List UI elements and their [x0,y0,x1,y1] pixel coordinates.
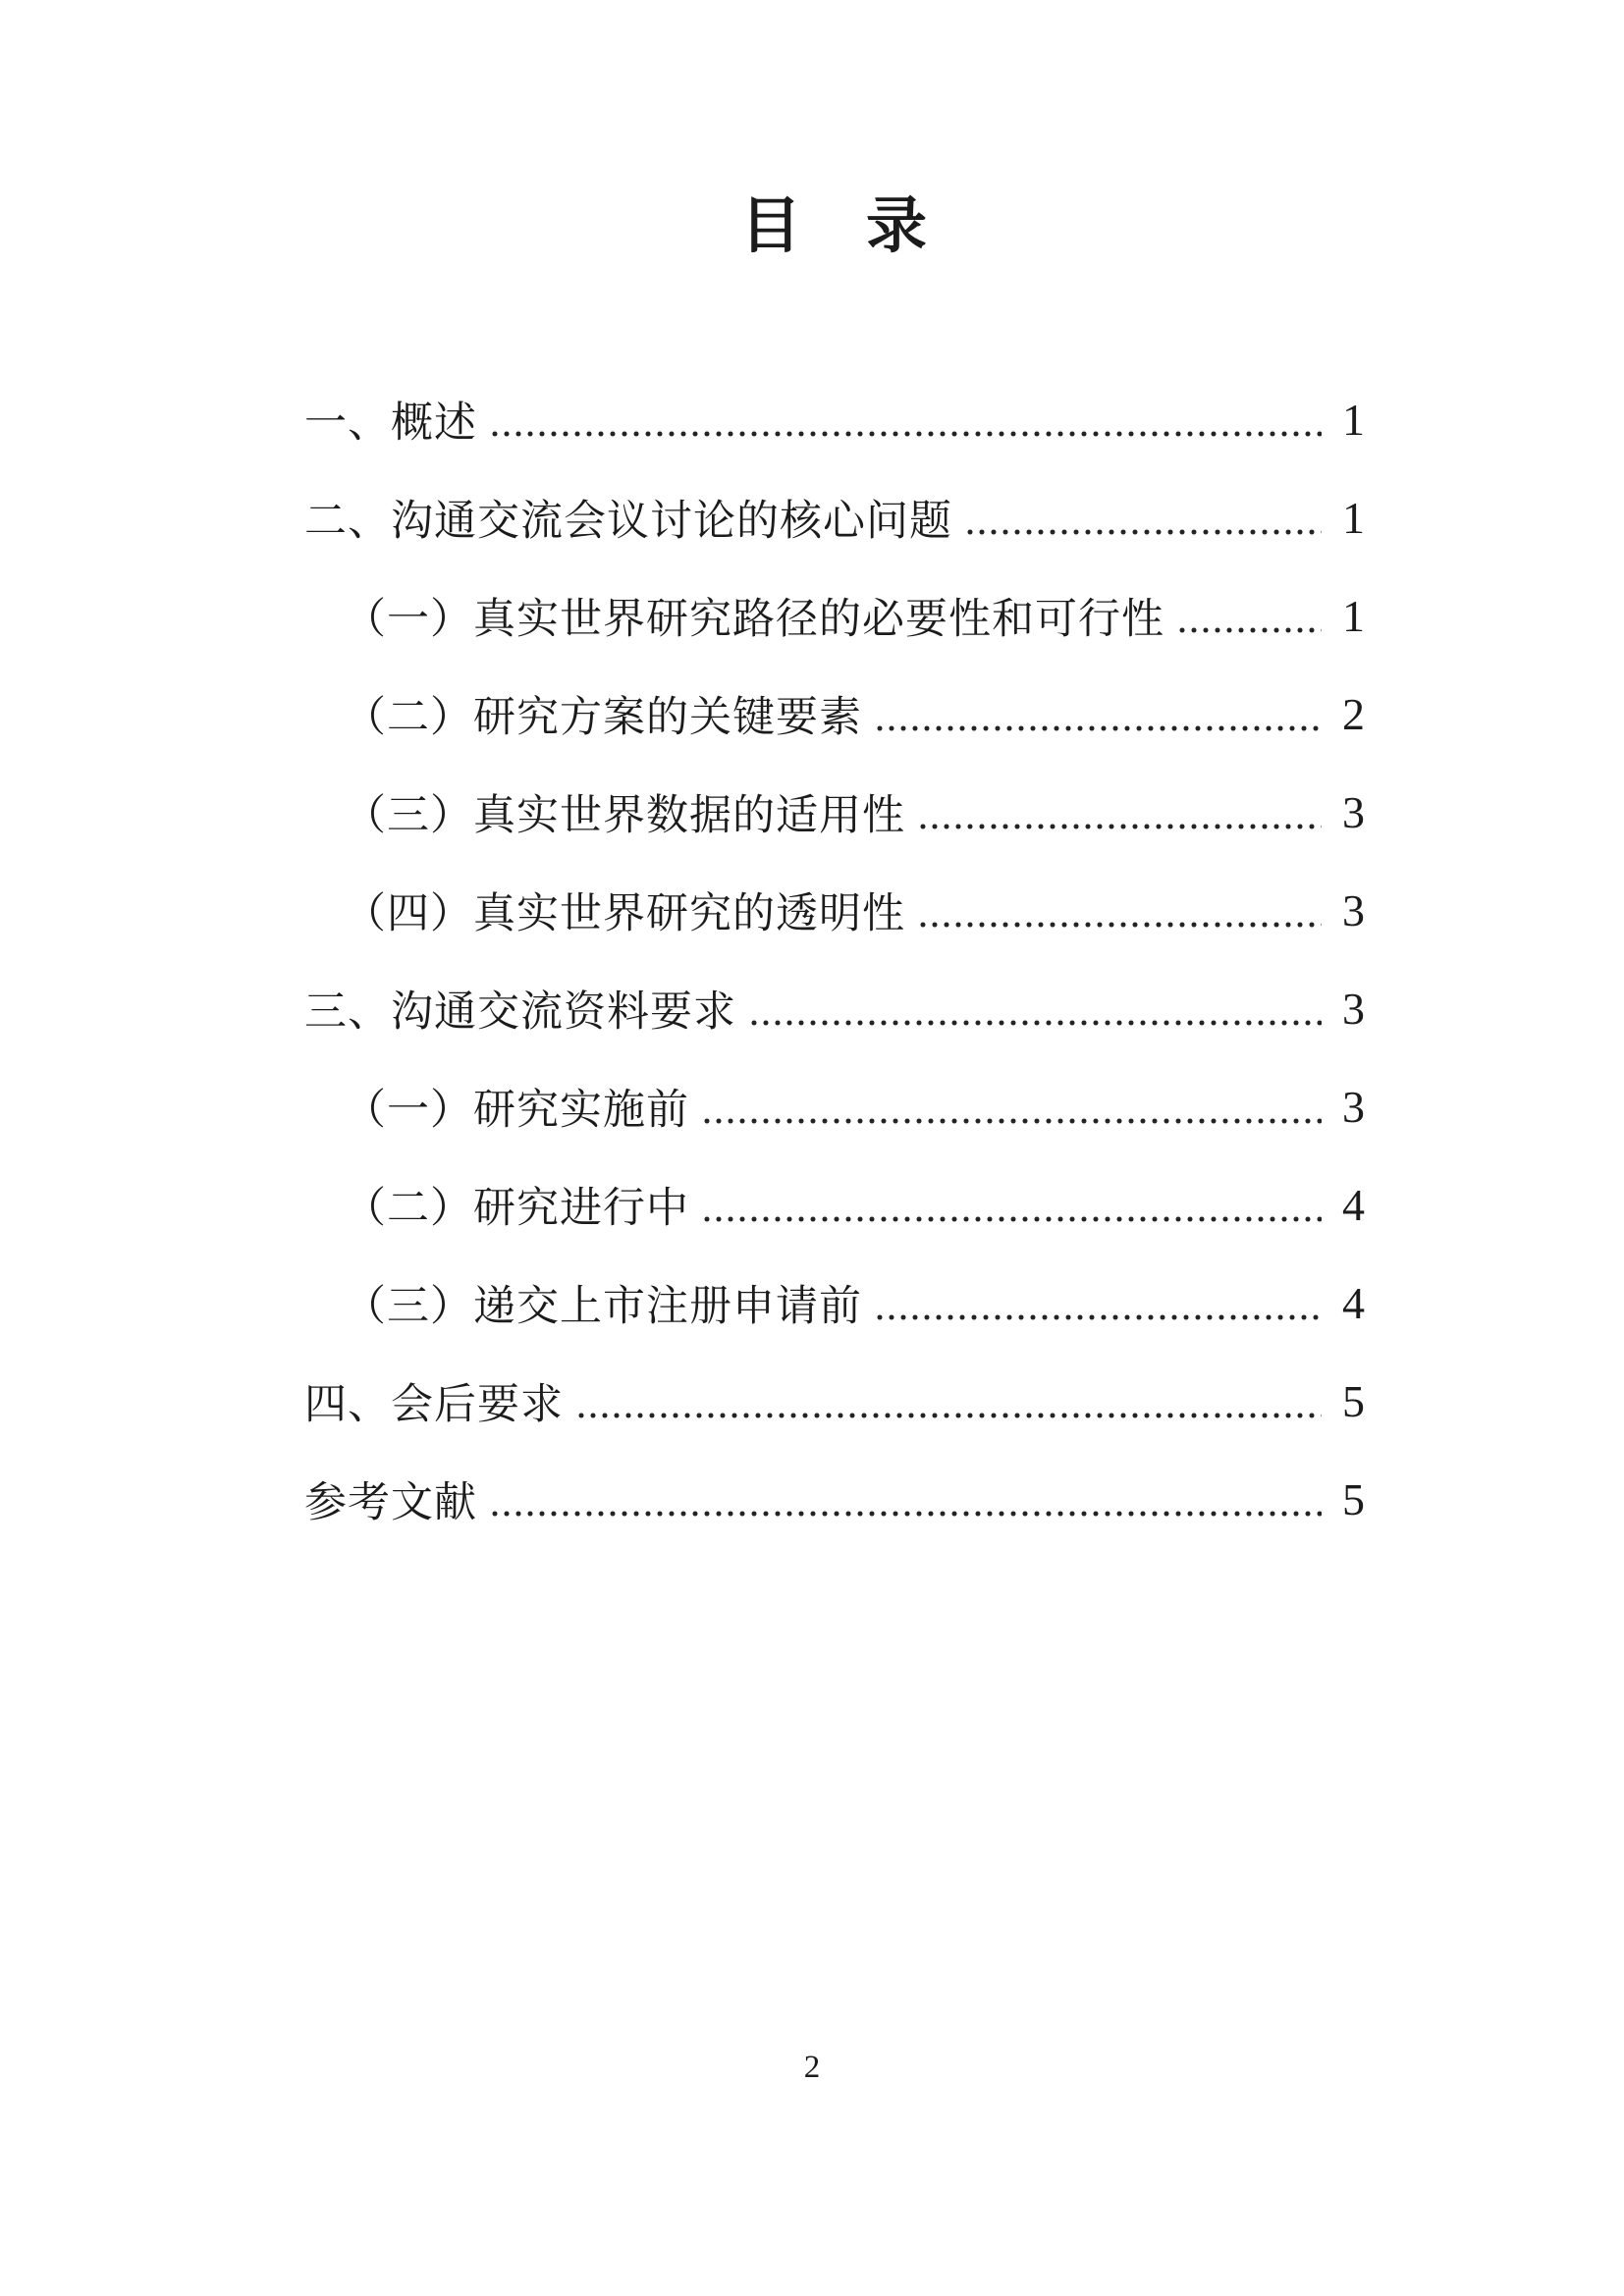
toc-entry: （二）研究方案的关键要素2 [304,665,1365,763]
table-of-contents: 一、概述1二、沟通交流会议讨论的核心问题1（一）真实世界研究路径的必要性和可行性… [304,370,1365,1548]
toc-entry-label: （三）真实世界数据的适用性 [344,782,905,842]
toc-entry-page: 3 [1333,786,1365,838]
toc-entry-label: （一）真实世界研究路径的必要性和可行性 [344,586,1164,646]
toc-entry-page: 4 [1333,1179,1365,1231]
toc-entry: （三）真实世界数据的适用性3 [304,763,1365,861]
toc-entry: （三）递交上市注册申请前4 [304,1254,1365,1352]
toc-entry-page: 3 [1333,983,1365,1035]
toc-entry-page: 5 [1333,1473,1365,1525]
toc-entry-page: 5 [1333,1375,1365,1427]
dot-leader [874,1282,1322,1323]
toc-entry: （二）研究进行中4 [304,1155,1365,1254]
toc-entry-label: 四、会后要求 [304,1371,564,1431]
toc-entry-page: 4 [1333,1277,1365,1329]
dot-leader [874,693,1322,734]
toc-entry-label: （一）研究实施前 [344,1077,689,1137]
toc-entry: 二、沟通交流会议讨论的核心问题1 [304,468,1365,566]
document-page: 目 录 一、概述1二、沟通交流会议讨论的核心问题1（一）真实世界研究路径的必要性… [0,0,1624,2296]
toc-entry-page: 2 [1333,688,1365,740]
dot-leader [575,1380,1322,1421]
toc-entry-page: 1 [1333,394,1365,446]
toc-entry-page: 3 [1333,1081,1365,1133]
toc-entry-label: 三、沟通交流资料要求 [304,979,736,1039]
toc-entry-label: （二）研究进行中 [344,1175,689,1235]
toc-entry-page: 1 [1333,492,1365,544]
toc-entry-page: 1 [1333,590,1365,642]
footer-page-number: 2 [0,2050,1624,2086]
toc-entry-label: （二）研究方案的关键要素 [344,684,862,744]
dot-leader [1176,595,1322,636]
toc-entry-label: （四）真实世界研究的透明性 [344,881,905,940]
toc-entry-label: 参考文献 [304,1469,477,1529]
toc-entry-label: 二、沟通交流会议讨论的核心问题 [304,488,952,548]
dot-leader [489,399,1322,440]
toc-entry-label: 一、概述 [304,390,477,450]
dot-leader [917,889,1322,931]
toc-entry-label: （三）递交上市注册申请前 [344,1273,862,1333]
toc-entry: 参考文献5 [304,1450,1365,1548]
dot-leader [701,1086,1322,1127]
dot-leader [748,988,1322,1029]
toc-entry-page: 3 [1333,884,1365,936]
page-title: 目 录 [304,192,1365,262]
dot-leader [964,497,1322,538]
dot-leader [701,1184,1322,1225]
dot-leader [489,1478,1322,1520]
toc-entry: （四）真实世界研究的透明性3 [304,861,1365,959]
toc-entry: 四、会后要求5 [304,1352,1365,1450]
toc-entry: （一）研究实施前3 [304,1057,1365,1155]
dot-leader [917,791,1322,832]
toc-entry: 三、沟通交流资料要求3 [304,959,1365,1057]
toc-entry: （一）真实世界研究路径的必要性和可行性1 [304,566,1365,665]
toc-entry: 一、概述1 [304,370,1365,468]
